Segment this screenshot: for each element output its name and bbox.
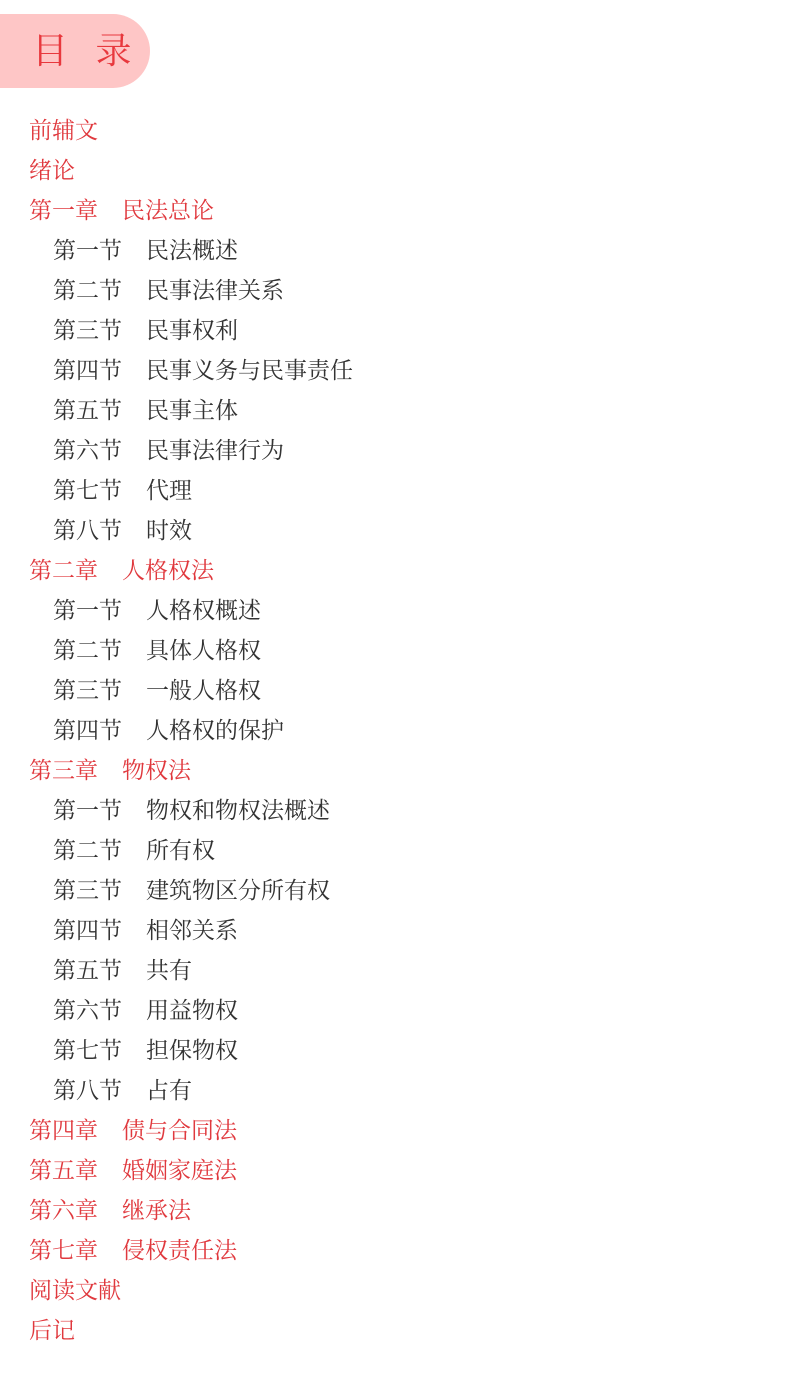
toc-entry-title: 相邻关系 — [146, 918, 238, 944]
toc-section-link[interactable]: 第四节人格权的保护 — [0, 711, 790, 751]
toc-entry-title: 侵权责任法 — [122, 1238, 237, 1264]
toc-entry-title: 具体人格权 — [146, 638, 261, 664]
toc-section-link[interactable]: 第五节共有 — [0, 951, 790, 991]
toc-section-link[interactable]: 第二节所有权 — [0, 831, 790, 871]
toc-section-link[interactable]: 第八节时效 — [0, 511, 790, 551]
toc-section-link[interactable]: 第一节民法概述 — [0, 231, 790, 271]
toc-entry-title: 人格权法 — [122, 558, 214, 584]
toc-entry-title: 人格权概述 — [146, 598, 261, 624]
toc-entry-title: 建筑物区分所有权 — [146, 878, 330, 904]
toc-entry-link[interactable]: 阅读文献 — [0, 1271, 790, 1311]
toc-entry-title: 继承法 — [122, 1198, 191, 1224]
toc-section-link[interactable]: 第一节物权和物权法概述 — [0, 791, 790, 831]
toc-chapter-link[interactable]: 第二章人格权法 — [0, 551, 790, 591]
toc-entry-number: 第五章 — [29, 1151, 98, 1191]
toc-entry-title: 债与合同法 — [122, 1118, 237, 1144]
toc-entry-number: 第六章 — [29, 1191, 98, 1231]
toc-entry-number: 第七节 — [53, 471, 122, 511]
toc-entry-number: 第七章 — [29, 1231, 98, 1271]
toc-entry-number: 第三章 — [29, 751, 98, 791]
toc-entry-title: 民事义务与民事责任 — [146, 358, 353, 384]
toc-entry-title: 占有 — [146, 1078, 192, 1104]
toc-entry-number: 第四章 — [29, 1111, 98, 1151]
toc-entry-title: 民事权利 — [146, 318, 238, 344]
toc-chapter-link[interactable]: 第三章物权法 — [0, 751, 790, 791]
toc-entry-title: 代理 — [146, 478, 192, 504]
toc-entry-title: 前辅文 — [29, 118, 98, 144]
toc-section-link[interactable]: 第三节一般人格权 — [0, 671, 790, 711]
toc-entry-number: 第三节 — [53, 871, 122, 911]
toc-entry-number: 第六节 — [53, 991, 122, 1031]
toc-section-link[interactable]: 第八节占有 — [0, 1071, 790, 1111]
toc-entry-number: 第一节 — [53, 591, 122, 631]
toc-entry-number: 第一节 — [53, 231, 122, 271]
toc-entry-title: 物权和物权法概述 — [146, 798, 330, 824]
toc-entry-title: 民法总论 — [122, 198, 214, 224]
toc-entry-title: 绪论 — [29, 158, 75, 184]
toc-section-link[interactable]: 第一节人格权概述 — [0, 591, 790, 631]
toc-entry-title: 民事法律关系 — [146, 278, 284, 304]
toc-entry-title: 一般人格权 — [146, 678, 261, 704]
toc-section-link[interactable]: 第二节具体人格权 — [0, 631, 790, 671]
toc-entry-title: 共有 — [146, 958, 192, 984]
toc-entry-number: 第三节 — [53, 671, 122, 711]
toc-chapter-link[interactable]: 第七章侵权责任法 — [0, 1231, 790, 1271]
toc-entry-number: 第八节 — [53, 1071, 122, 1111]
toc-section-link[interactable]: 第四节民事义务与民事责任 — [0, 351, 790, 391]
toc-section-link[interactable]: 第二节民事法律关系 — [0, 271, 790, 311]
toc-entry-title: 民法概述 — [146, 238, 238, 264]
toc-entry-title: 时效 — [146, 518, 192, 544]
toc-section-link[interactable]: 第四节相邻关系 — [0, 911, 790, 951]
toc-section-link[interactable]: 第三节民事权利 — [0, 311, 790, 351]
toc-title: 目 录 — [32, 14, 139, 88]
toc-section-link[interactable]: 第三节建筑物区分所有权 — [0, 871, 790, 911]
toc-chapter-link[interactable]: 第四章债与合同法 — [0, 1111, 790, 1151]
toc-entry-title: 人格权的保护 — [146, 718, 284, 744]
toc-entry-title: 民事法律行为 — [146, 438, 284, 464]
toc-section-link[interactable]: 第六节用益物权 — [0, 991, 790, 1031]
toc-entry-title: 用益物权 — [146, 998, 238, 1024]
toc-entry-link[interactable]: 后记 — [0, 1311, 790, 1351]
toc-section-link[interactable]: 第五节民事主体 — [0, 391, 790, 431]
toc-entry-title: 民事主体 — [146, 398, 238, 424]
toc-entry-title: 阅读文献 — [29, 1278, 121, 1304]
toc-entry-number: 第五节 — [53, 391, 122, 431]
toc-section-link[interactable]: 第六节民事法律行为 — [0, 431, 790, 471]
toc-entry-number: 第三节 — [53, 311, 122, 351]
toc-entry-number: 第四节 — [53, 911, 122, 951]
toc-entry-title: 担保物权 — [146, 1038, 238, 1064]
toc-entry-number: 第六节 — [53, 431, 122, 471]
toc-entry-number: 第二章 — [29, 551, 98, 591]
toc-entry-title: 物权法 — [122, 758, 191, 784]
toc-entry-number: 第四节 — [53, 711, 122, 751]
toc-entry-number: 第七节 — [53, 1031, 122, 1071]
toc-chapter-link[interactable]: 第五章婚姻家庭法 — [0, 1151, 790, 1191]
toc-entry-title: 所有权 — [146, 838, 215, 864]
toc-entry-number: 第四节 — [53, 351, 122, 391]
toc-entry-number: 第二节 — [53, 831, 122, 871]
toc-entry-number: 第一章 — [29, 191, 98, 231]
toc-entry-title: 后记 — [29, 1318, 75, 1344]
table-of-contents: 前辅文绪论第一章民法总论第一节民法概述第二节民事法律关系第三节民事权利第四节民事… — [0, 111, 790, 1351]
toc-section-link[interactable]: 第七节担保物权 — [0, 1031, 790, 1071]
toc-entry-title: 婚姻家庭法 — [122, 1158, 237, 1184]
toc-section-link[interactable]: 第七节代理 — [0, 471, 790, 511]
toc-entry-number: 第五节 — [53, 951, 122, 991]
toc-chapter-link[interactable]: 第一章民法总论 — [0, 191, 790, 231]
toc-entry-number: 第八节 — [53, 511, 122, 551]
toc-chapter-link[interactable]: 第六章继承法 — [0, 1191, 790, 1231]
toc-entry-link[interactable]: 前辅文 — [0, 111, 790, 151]
toc-entry-number: 第二节 — [53, 631, 122, 671]
toc-entry-number: 第一节 — [53, 791, 122, 831]
toc-entry-number: 第二节 — [53, 271, 122, 311]
toc-entry-link[interactable]: 绪论 — [0, 151, 790, 191]
